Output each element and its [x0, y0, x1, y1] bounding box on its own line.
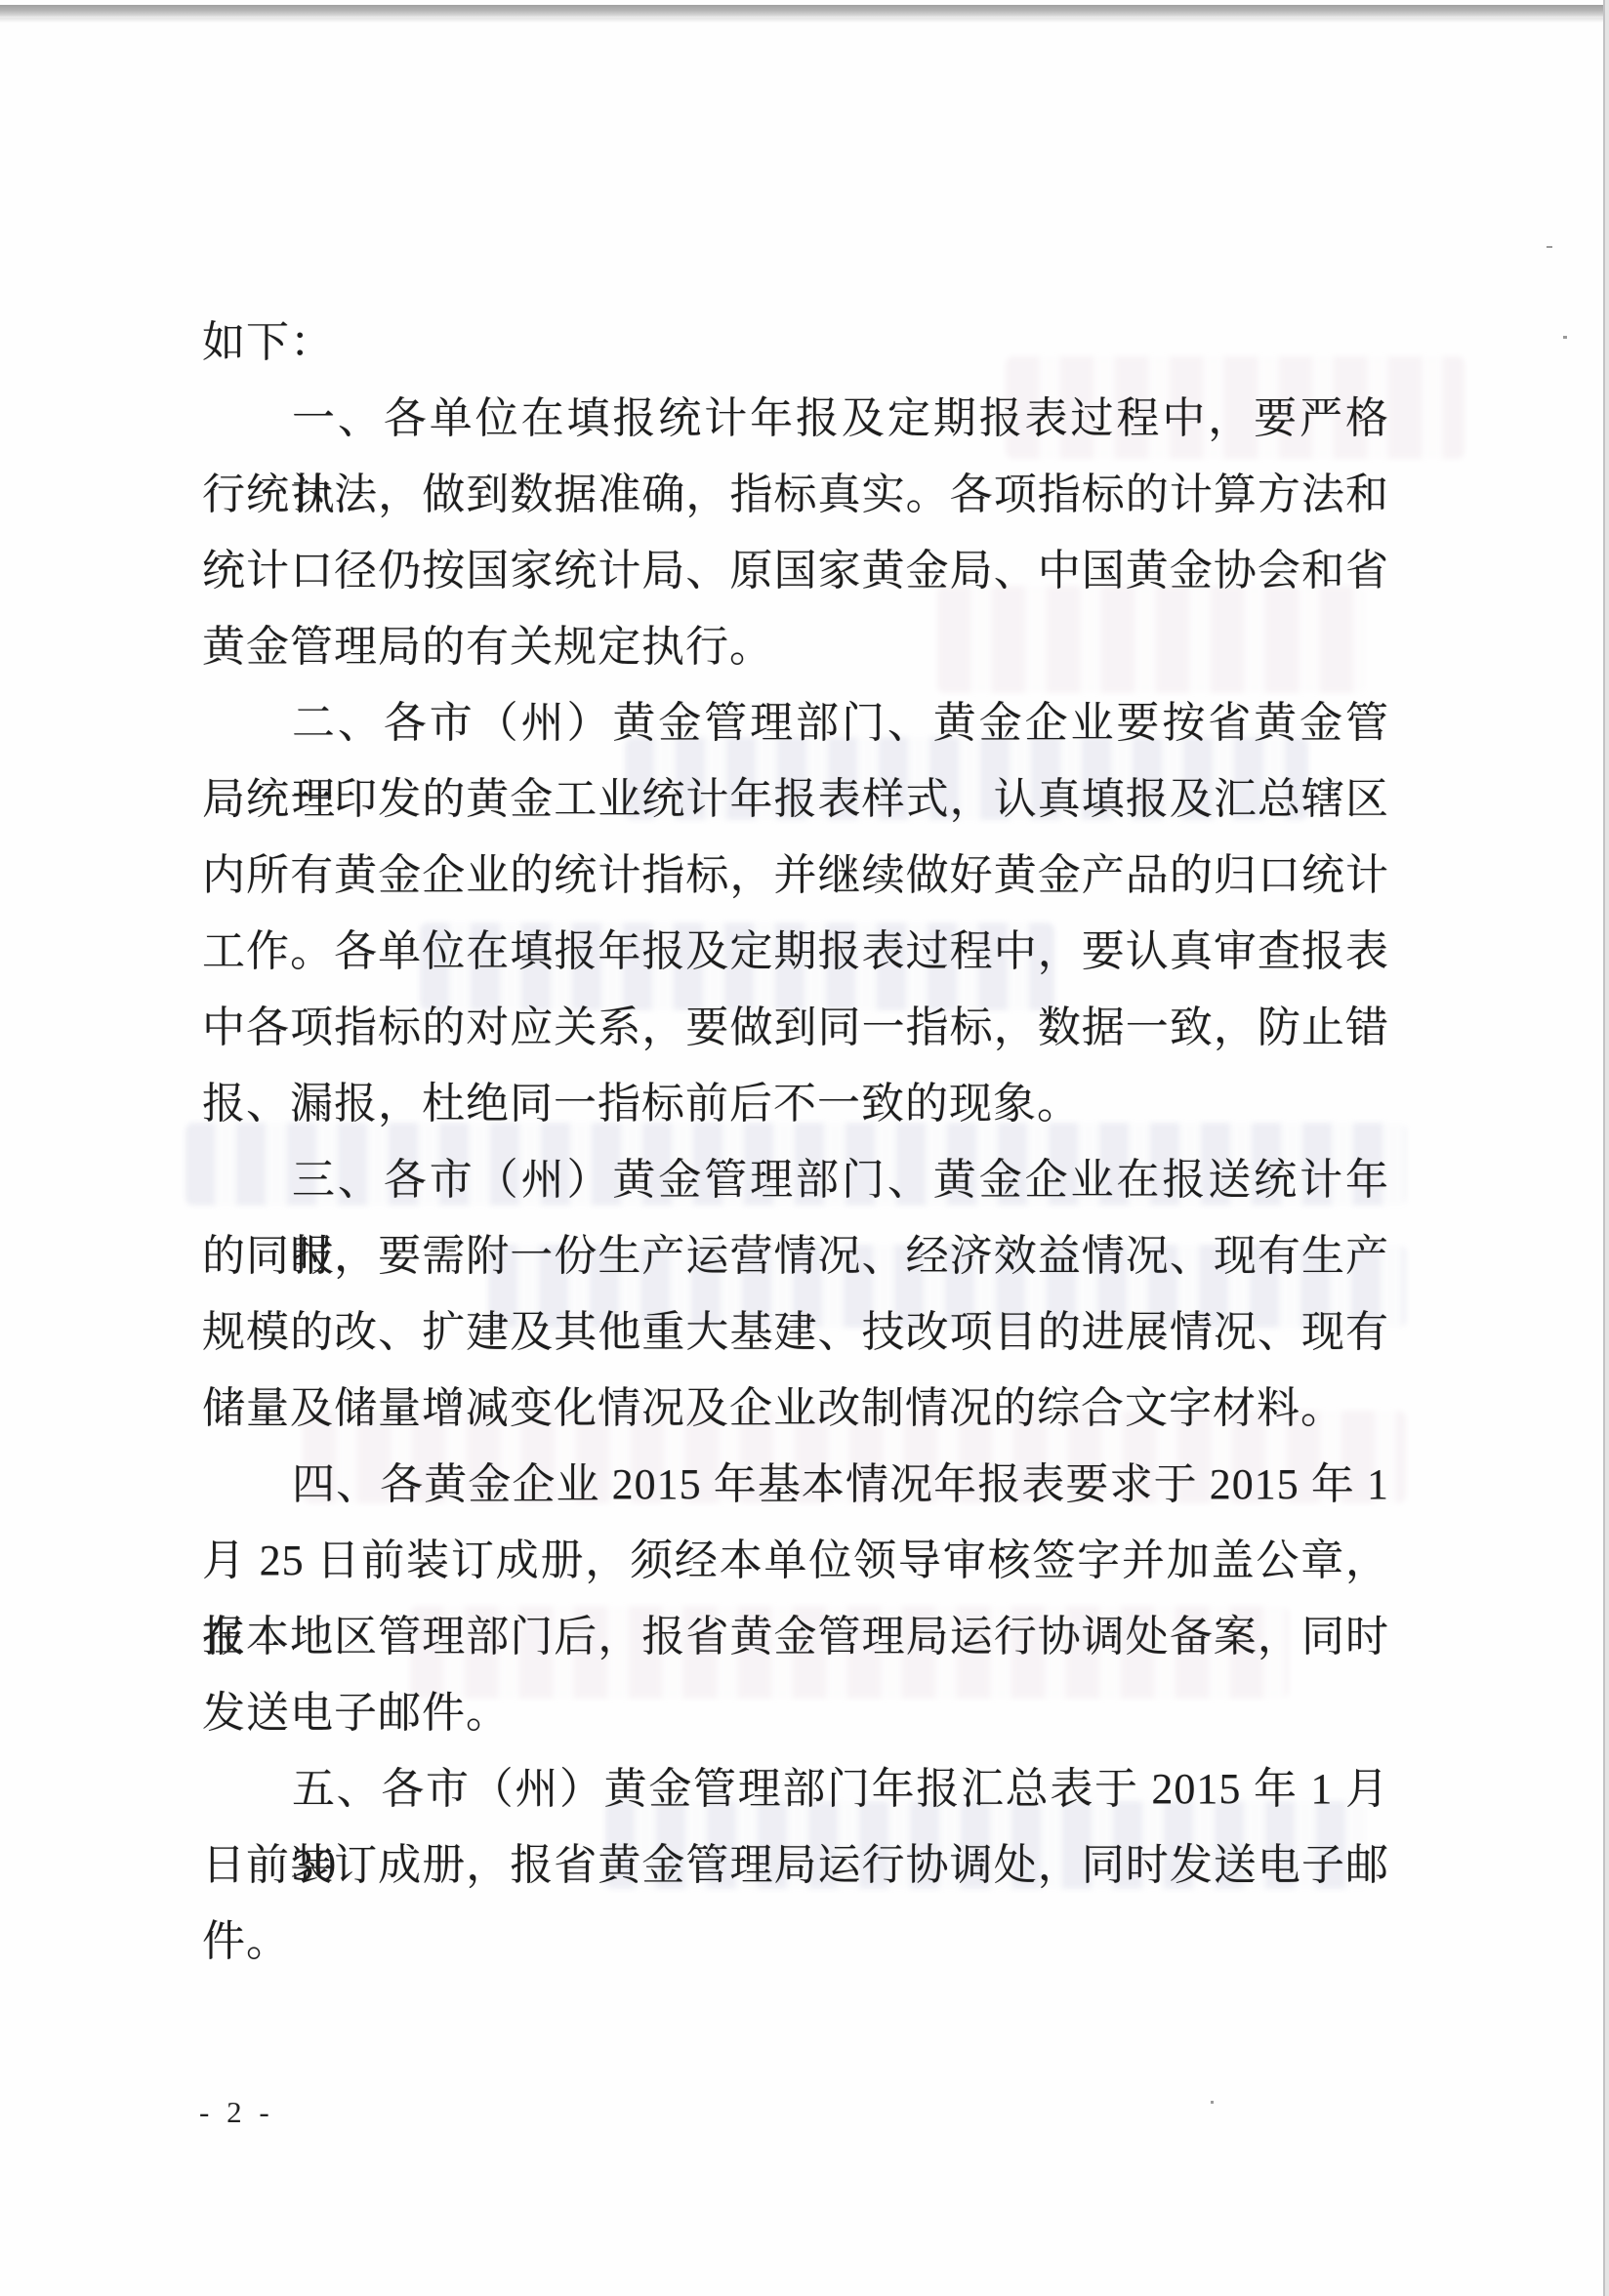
text-line: 五、各市（州）黄金管理部门年报汇总表于 2015 年 1 月 30 — [202, 1751, 1389, 1827]
text-line: 四、各黄金企业 2015 年基本情况年报表要求于 2015 年 1 — [202, 1447, 1389, 1523]
text-line: 局统一印发的黄金工业统计年报表样式，认真填报及汇总辖区 — [202, 761, 1389, 838]
text-line: 报、漏报，杜绝同一指标前后不一致的现象。 — [202, 1066, 1389, 1142]
text-line: 一、各单位在填报统计年报及定期报表过程中，要严格执 — [202, 381, 1389, 457]
scan-edge-right-fill — [1605, 0, 1609, 2296]
text-line: 二、各市（州）黄金管理部门、黄金企业要按省黄金管理 — [202, 685, 1389, 761]
scan-edge-top-artifact — [0, 5, 1609, 18]
text-line: 统计口径仍按国家统计局、原国家黄金局、中国黄金协会和省 — [202, 533, 1389, 609]
text-line: 日前装订成册，报省黄金管理局运行协调处，同时发送电子邮 — [202, 1827, 1389, 1904]
text-line: 工作。各单位在填报年报及定期报表过程中，要认真审查报表 — [202, 914, 1389, 990]
scan-edge-right-line — [1603, 0, 1605, 2296]
text-line: 报本地区管理部门后，报省黄金管理局运行协调处备案，同时 — [202, 1599, 1389, 1675]
dust-speck — [1563, 336, 1567, 339]
text-line: 规模的改、扩建及其他重大基建、技改项目的进展情况、现有 — [202, 1294, 1389, 1371]
document-body: 如下：一、各单位在填报统计年报及定期报表过程中，要严格执行统计法，做到数据准确，… — [202, 305, 1389, 1980]
page-number: - 2 - — [199, 2095, 274, 2130]
text-line: 的同时，要需附一份生产运营情况、经济效益情况、现有生产 — [202, 1218, 1389, 1294]
text-line: 储量及储量增减变化情况及企业改制情况的综合文字材料。 — [202, 1371, 1389, 1447]
text-line: 月 25 日前装订成册，须经本单位领导审核签字并加盖公章，在 — [202, 1523, 1389, 1599]
text-line: 发送电子邮件。 — [202, 1675, 1389, 1751]
text-line: 件。 — [202, 1904, 1389, 1980]
dust-speck — [1547, 246, 1552, 248]
text-line: 黄金管理局的有关规定执行。 — [202, 609, 1389, 685]
scan-edge-top-fade — [0, 18, 1609, 22]
text-line: 内所有黄金企业的统计指标，并继续做好黄金产品的归口统计 — [202, 838, 1389, 914]
text-line: 中各项指标的对应关系，要做到同一指标，数据一致，防止错 — [202, 990, 1389, 1066]
text-line: 如下： — [202, 305, 1389, 381]
document-page: 如下：一、各单位在填报统计年报及定期报表过程中，要严格执行统计法，做到数据准确，… — [0, 0, 1609, 2296]
text-line: 三、各市（州）黄金管理部门、黄金企业在报送统计年报 — [202, 1142, 1389, 1218]
text-line: 行统计法，做到数据准确，指标真实。各项指标的计算方法和 — [202, 457, 1389, 533]
dust-speck — [1211, 2101, 1214, 2104]
